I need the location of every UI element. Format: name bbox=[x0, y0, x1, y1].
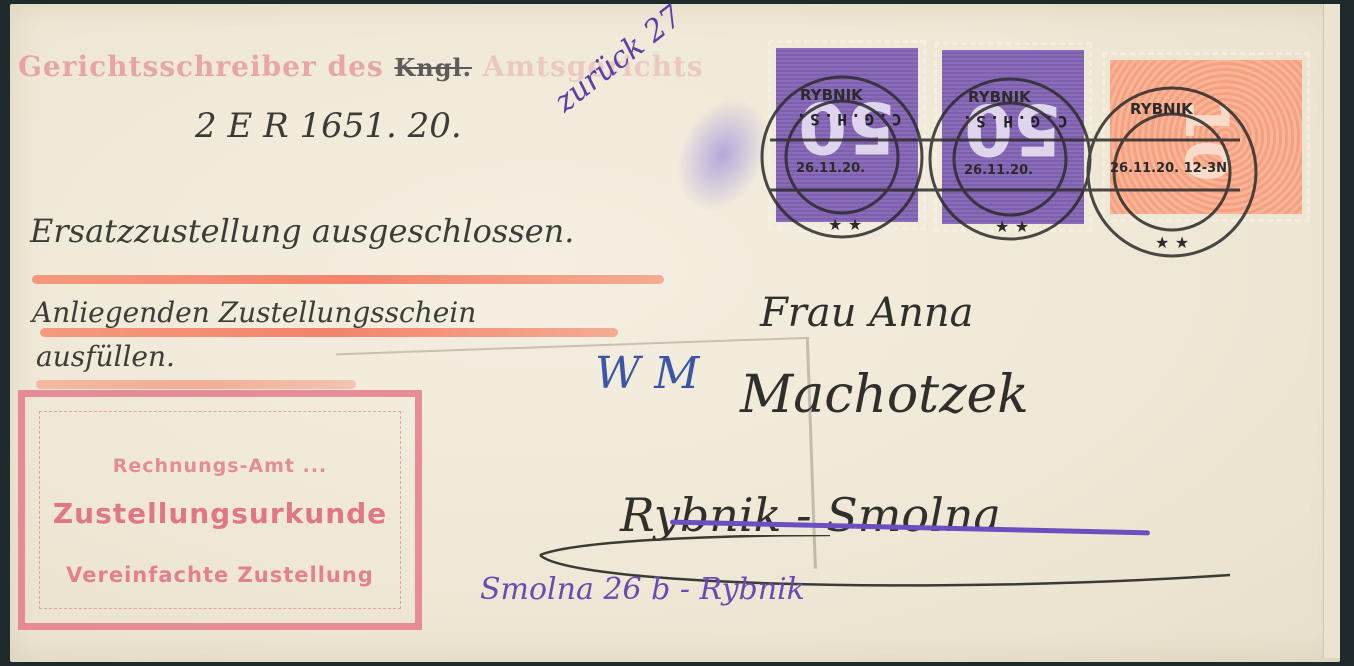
stamp-face: 50 C.G.H.S. bbox=[942, 50, 1084, 224]
stamp-overprint: C.G.H.S. bbox=[776, 110, 918, 129]
instruction-line: Ersatzzustellung ausgeschlossen. bbox=[30, 212, 574, 250]
red-underline bbox=[40, 328, 618, 337]
cover-edge bbox=[1323, 4, 1340, 658]
red-underline bbox=[36, 380, 356, 389]
address-line: Machotzek bbox=[740, 365, 1029, 425]
address-line: Rybnik - Smolna bbox=[620, 488, 1001, 542]
stamp-overprint: C.G.H.S. bbox=[942, 112, 1084, 131]
postage-stamp: 10 bbox=[1102, 52, 1310, 222]
instruction-line: Anliegenden Zustellungsschein bbox=[32, 296, 476, 329]
stamp-face: 10 bbox=[1110, 60, 1302, 214]
reference-number: 2 E R 1651. 20. bbox=[195, 106, 462, 146]
stamp-face: 50 C.G.H.S. bbox=[776, 48, 918, 222]
stamp-denomination: 10 bbox=[1171, 60, 1241, 214]
red-underline bbox=[32, 275, 664, 284]
box-stamp-line: Zustellungsurkunde bbox=[25, 497, 415, 530]
violet-forwarding-note: Smolna 26 b - Rybnik bbox=[480, 572, 805, 607]
postage-stamp: 50 C.G.H.S. bbox=[934, 42, 1092, 232]
box-stamp-line: Vereinfachte Zustellung bbox=[25, 563, 415, 587]
delivery-box-stamp: Rechnungs-Amt ... Zustellungsurkunde Ver… bbox=[18, 390, 422, 630]
instruction-line: ausfüllen. bbox=[36, 340, 175, 373]
struck-word: Kngl. bbox=[394, 53, 472, 82]
blue-annotation: W M bbox=[595, 348, 699, 399]
address-line: Frau Anna bbox=[760, 290, 973, 336]
postage-stamp: 50 C.G.H.S. bbox=[768, 40, 926, 230]
box-stamp-line: Rechnungs-Amt ... bbox=[25, 455, 415, 477]
stamp-text: Gerichtsschreiber des bbox=[18, 50, 384, 83]
